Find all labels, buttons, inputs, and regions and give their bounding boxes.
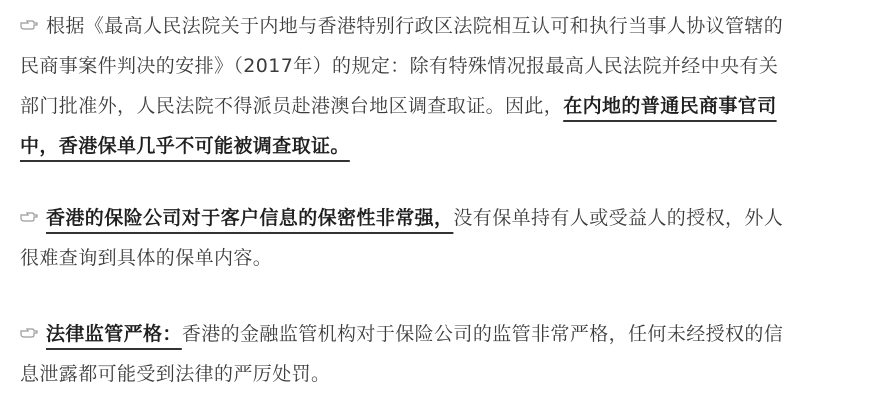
emphasized-text: 中，香港保单几乎不可能被调查取证。 [20, 135, 350, 157]
pointing-hand-icon [20, 211, 38, 223]
paragraph-line: 息泄露都可能受到法律的严厉处罚。 [20, 354, 850, 394]
emphasized-text: 在内地的普通民商事官司 [563, 95, 776, 117]
paragraph-line: 根据《最高人民法院关于内地与香港特别行政区法院相互认可和执行当事人协议管辖的 [20, 6, 850, 46]
paragraph-line: 中，香港保单几乎不可能被调查取证。 [20, 126, 850, 166]
paragraph-line: 法律监管严格：香港的金融监管机构对于保险公司的监管非常严格，任何未经授权的信 [20, 314, 850, 354]
paragraph-confidentiality: 香港的保险公司对于客户信息的保密性非常强，没有保单持有人或受益人的授权，外人 很… [20, 198, 850, 278]
paragraph-line: 香港的保险公司对于客户信息的保密性非常强，没有保单持有人或受益人的授权，外人 [20, 198, 850, 238]
paragraph-regulation: 法律监管严格：香港的金融监管机构对于保险公司的监管非常严格，任何未经授权的信 息… [20, 314, 850, 394]
paragraph-line: 民商事案件判决的安排》（2017年）的规定：除有特殊情况报最高人民法院并经中央有… [20, 46, 850, 86]
pointing-hand-icon [20, 19, 38, 31]
paragraph-line: 很难查询到具体的保单内容。 [20, 238, 850, 278]
pointing-hand-icon [20, 327, 38, 339]
emphasized-text: 法律监管严格： [46, 323, 182, 345]
paragraph-line: 部门批准外，人民法院不得派员赴港澳台地区调查取证。因此，在内地的普通民商事官司 [20, 86, 850, 126]
paragraph-court-arrangement: 根据《最高人民法院关于内地与香港特别行政区法院相互认可和执行当事人协议管辖的 民… [20, 6, 850, 166]
emphasized-text: 香港的保险公司对于客户信息的保密性非常强， [46, 207, 453, 229]
